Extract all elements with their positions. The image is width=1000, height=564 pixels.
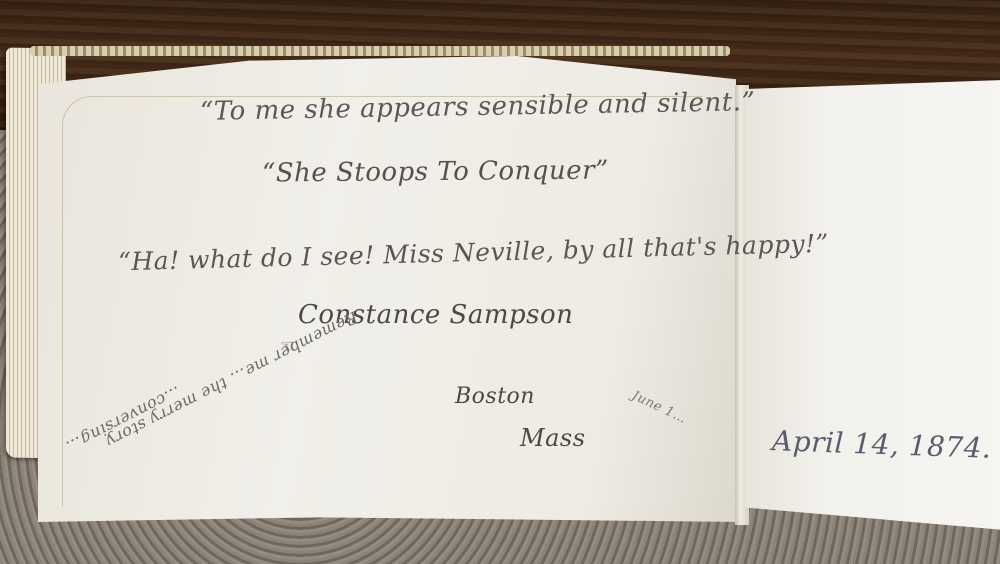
signature-city: Boston — [455, 384, 535, 409]
signature-state: Mass — [520, 424, 586, 452]
left-album-page — [38, 56, 743, 522]
quote-title: “She Stoops To Conquer” — [262, 155, 609, 188]
album-cover-edge — [30, 46, 730, 56]
